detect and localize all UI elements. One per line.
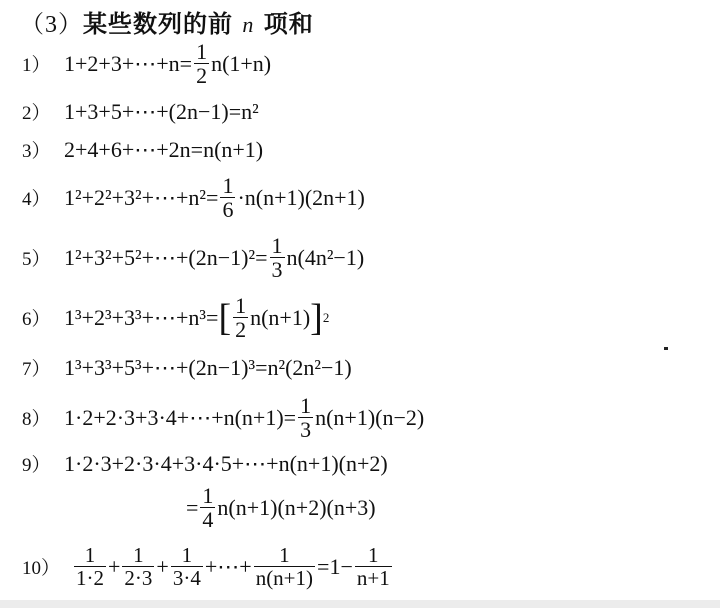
page-edge [0, 600, 720, 608]
title-var: n [242, 12, 254, 37]
right-bracket: ] [310, 299, 323, 337]
equals-sign: = [255, 245, 267, 271]
formula-rhs: ·n(n+1)(2n+1) [237, 185, 364, 211]
title-post: 项和 [264, 10, 314, 38]
equals-sign: = [206, 185, 218, 211]
formula-label: 2） [22, 98, 64, 125]
scan-speck [664, 347, 668, 350]
formula-rhs: n(n+1) [250, 305, 310, 331]
fraction: 1n+1 [355, 544, 392, 589]
section-number: （3） [20, 12, 83, 38]
document-page: （3）某些数列的前 n 项和 1） 1+2+3+⋯+n = 12 n(1+n) … [0, 0, 720, 608]
formula-2: 2） 1+3+5+⋯+(2n−1) = n² [22, 98, 259, 125]
fraction: 12 [194, 40, 209, 87]
formula-label: 5） [22, 244, 64, 271]
title-pre: 某些数列的前 [83, 10, 233, 38]
formula-10: 10） 11·2 + 12·3 + 13·4 + ⋯ + 1n(n+1) = 1… [22, 544, 394, 589]
fraction-term: 11·2 [74, 544, 106, 589]
formula-lhs: 1²+3²+5²+⋯+(2n−1)² [64, 245, 255, 271]
fraction: 13 [298, 394, 313, 441]
fraction: 12 [233, 294, 248, 341]
section-title: （3）某些数列的前 n 项和 [20, 4, 314, 39]
formula-rhs: n²(2n²−1) [268, 355, 352, 381]
fraction-term: 1n(n+1) [254, 544, 315, 589]
equals-sign: = [229, 99, 241, 125]
equals-sign: = [284, 405, 296, 431]
ellipsis: ⋯ [217, 554, 239, 580]
fraction-term: 13·4 [171, 544, 203, 589]
formula-label: 4） [22, 184, 64, 211]
fraction: 13 [270, 234, 285, 281]
formula-9-continued: = 14 n(n+1)(n+2)(n+3) [186, 484, 376, 531]
formula-label: 6） [22, 304, 64, 331]
formula-1: 1） 1+2+3+⋯+n = 12 n(1+n) [22, 40, 271, 87]
equals-sign: = [191, 137, 203, 163]
left-bracket: [ [218, 299, 231, 337]
formula-9: 9） 1·2·3+2·3·4+3·4·5+⋯+n(n+1)(n+2) [22, 450, 388, 477]
formula-label: 7） [22, 354, 64, 381]
fraction: 14 [200, 484, 215, 531]
formula-label: 8） [22, 404, 64, 431]
formula-rhs: n(n+1) [203, 137, 263, 163]
plus-sign: + [156, 554, 168, 580]
equals-sign: = [206, 305, 218, 331]
equals-sign: = [317, 554, 329, 580]
formula-lhs: 2+4+6+⋯+2n [64, 137, 191, 163]
formula-5: 5） 1²+3²+5²+⋯+(2n−1)² = 13 n(4n²−1) [22, 234, 364, 281]
formula-rhs: n(n+1)(n−2) [315, 405, 424, 431]
formula-6: 6） 1³+2³+3³+⋯+n³ = [ 12 n(n+1) ]2 [22, 294, 329, 341]
formula-lhs: 1+3+5+⋯+(2n−1) [64, 99, 229, 125]
equals-sign: = [255, 355, 267, 381]
formula-lhs: 1·2·3+2·3·4+3·4·5+⋯+n(n+1)(n+2) [64, 451, 388, 477]
formula-3: 3） 2+4+6+⋯+2n = n(n+1) [22, 136, 263, 163]
formula-rhs: n(n+1)(n+2)(n+3) [217, 495, 375, 521]
plus-sign: + [108, 554, 120, 580]
equals-sign: = [180, 51, 192, 77]
formula-lhs: 1³+3³+5³+⋯+(2n−1)³ [64, 355, 255, 381]
formula-lhs: 1³+2³+3³+⋯+n³ [64, 305, 206, 331]
formula-label: 1） [22, 50, 64, 77]
formula-rhs: 1− [329, 554, 352, 580]
formula-7: 7） 1³+3³+5³+⋯+(2n−1)³ = n²(2n²−1) [22, 354, 352, 381]
formula-rhs: n(1+n) [211, 51, 271, 77]
formula-4: 4） 1²+2²+3²+⋯+n² = 16 ·n(n+1)(2n+1) [22, 174, 365, 221]
formula-label: 10） [22, 553, 72, 580]
formula-8: 8） 1·2+2·3+3·4+⋯+n(n+1) = 13 n(n+1)(n−2) [22, 394, 424, 441]
formula-lhs: 1·2+2·3+3·4+⋯+n(n+1) [64, 405, 284, 431]
formula-label: 3） [22, 136, 64, 163]
equals-sign: = [186, 495, 198, 521]
formula-lhs: 1+2+3+⋯+n [64, 51, 180, 77]
plus-sign: + [205, 554, 217, 580]
formula-rhs: n² [241, 99, 259, 125]
plus-sign: + [239, 554, 251, 580]
fraction-term: 12·3 [122, 544, 154, 589]
formula-label: 9） [22, 450, 64, 477]
formula-rhs: n(4n²−1) [287, 245, 365, 271]
formula-lhs: 1²+2²+3²+⋯+n² [64, 185, 206, 211]
fraction: 16 [220, 174, 235, 221]
